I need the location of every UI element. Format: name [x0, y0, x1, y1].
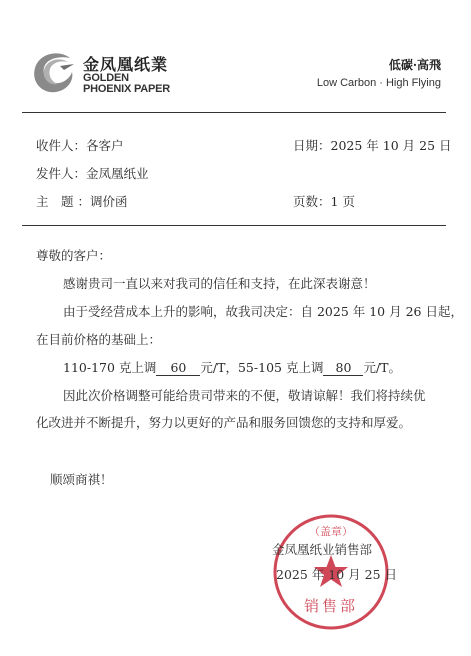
signature-date: 2025 年 10 月 25 日: [276, 565, 397, 583]
sender-label: 发件人：: [36, 166, 86, 181]
subject-label: 主 题 ：: [36, 194, 90, 209]
price-unit-2: 元/T。: [363, 360, 401, 375]
date-label: 日期：: [293, 138, 331, 153]
company-logo-icon: [30, 48, 78, 96]
salutation: 尊敬的客户：: [36, 246, 111, 264]
price-amount-2: 80: [323, 360, 363, 376]
paragraph-thanks: 感谢贵司一直以来对我司的信任和支持，在此深表谢意！: [63, 274, 376, 292]
slogan-cn: 低碳·高飛: [389, 56, 441, 73]
sender-value: 金凤凰纸业: [86, 166, 149, 181]
company-name-en: GOLDEN PHOENIX PAPER: [83, 73, 170, 95]
closing: 顺颂商祺！: [50, 470, 113, 488]
subject-field: 主 题 ：调价函: [36, 192, 128, 210]
header-divider: [22, 112, 446, 113]
stamp-bottom-text: 销售部: [304, 597, 358, 615]
price-range-1: 110-170 克上调: [63, 360, 156, 375]
signature-org: 金凤凰纸业销售部: [272, 540, 372, 558]
paragraph-apology-line1: 因此次价格调整可能给贵司带来的不便，敬请谅解！我们将持续优: [63, 386, 426, 404]
price-amount-1: 60: [156, 360, 200, 376]
paragraph-reason-line2: 在目前价格的基础上：: [36, 330, 161, 348]
pages-label: 页数：: [293, 194, 331, 209]
pages-field: 页数：1 页: [293, 192, 355, 210]
sender-field: 发件人：金凤凰纸业: [36, 164, 149, 182]
date-value: 2025 年 10 月 25 日: [331, 138, 452, 153]
recipient-value: 各客户: [86, 138, 124, 153]
price-unit-1: 元/T，: [200, 360, 238, 375]
paragraph-reason-line1: 由于受经营成本上升的影响，故我司决定：自 2025 年 10 月 26 日起，: [63, 302, 463, 320]
recipient-label: 收件人：: [36, 138, 86, 153]
slogan-en: Low Carbon · High Flying: [317, 77, 441, 89]
pages-value: 1 页: [331, 194, 355, 209]
paragraph-apology-line2: 化改进并不断提升，努力以更好的产品和服务回馈您的支持和厚爱。: [36, 413, 411, 431]
recipient-field: 收件人：各客户: [36, 136, 124, 154]
subject-value: 调价函: [90, 194, 128, 209]
price-range-2: 55-105 克上调: [238, 360, 323, 375]
meta-divider: [22, 225, 446, 226]
date-field: 日期：2025 年 10 月 25 日: [293, 136, 452, 154]
price-adjustment-line: 110-170 克上调60元/T，55-105 克上调80元/T。: [63, 358, 401, 376]
stamp-top-text: （盖章）: [309, 524, 353, 538]
company-name-en-line2: PHOENIX PAPER: [83, 84, 170, 95]
